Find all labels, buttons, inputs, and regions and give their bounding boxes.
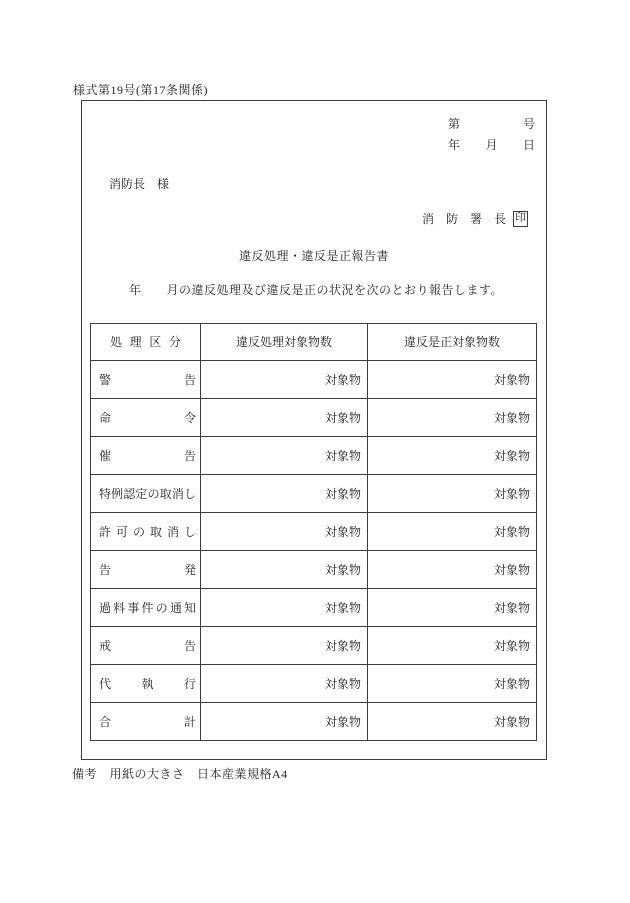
correction-count-cell: 対象物 (368, 475, 537, 513)
category-cell: 告発 (91, 551, 201, 589)
correction-count-cell: 対象物 (368, 551, 537, 589)
processing-count-cell: 対象物 (201, 589, 368, 627)
processing-count-cell: 対象物 (201, 437, 368, 475)
report-statement: 年 月の違反処理及び違反是正の状況を次のとおり報告します。 (129, 283, 503, 297)
date-day-label: 日 (523, 138, 535, 152)
correction-count-cell: 対象物 (368, 627, 537, 665)
table-row: 催告 対象物 対象物 (91, 437, 537, 475)
category-column-header: 処理区分 (91, 324, 201, 361)
processing-count-cell: 対象物 (201, 703, 368, 741)
category-cell: 戒告 (91, 627, 201, 665)
category-cell: 許可の取消し (91, 513, 201, 551)
correction-count-cell: 対象物 (368, 437, 537, 475)
table-row: 警告 対象物 対象物 (91, 361, 537, 399)
processing-count-cell: 対象物 (201, 361, 368, 399)
date-year-label: 年 (448, 138, 460, 152)
document-page: 様式第19号(第17条関係) 第 号 年 月 日 消防長 様 消防署長 印 違反… (0, 0, 630, 903)
table-row-total: 合計 対象物 対象物 (91, 703, 537, 741)
table-row: 代執行 対象物 対象物 (91, 665, 537, 703)
category-cell: 命令 (91, 399, 201, 437)
table-row: 戒告 対象物 対象物 (91, 627, 537, 665)
correction-count-cell: 対象物 (368, 513, 537, 551)
category-cell: 催告 (91, 437, 201, 475)
correction-count-cell: 対象物 (368, 399, 537, 437)
processing-count-cell: 対象物 (201, 513, 368, 551)
processing-count-cell: 対象物 (201, 627, 368, 665)
correction-count-cell: 対象物 (368, 703, 537, 741)
form-style-label: 様式第19号(第17条関係) (73, 83, 208, 97)
processing-count-cell: 対象物 (201, 665, 368, 703)
correction-count-cell: 対象物 (368, 589, 537, 627)
addressee: 消防長 様 (109, 177, 169, 191)
doc-number-prefix: 第 (448, 117, 460, 131)
signer-title: 消防署長 (422, 212, 518, 226)
form-border-box: 第 号 年 月 日 消防長 様 消防署長 印 違反処理・違反是正報告書 年 月の… (81, 100, 547, 760)
correction-count-cell: 対象物 (368, 665, 537, 703)
violation-report-table: 処理区分 違反処理対象物数 違反是正対象物数 警告 対象物 対象物 命令 対象物… (90, 323, 537, 741)
signature-line: 消防署長 印 (422, 210, 528, 227)
table-row: 過料事件の通知 対象物 対象物 (91, 589, 537, 627)
table-row: 命令 対象物 対象物 (91, 399, 537, 437)
remarks-footnote: 備考 用紙の大きさ 日本産業規格A4 (72, 767, 288, 781)
correction-count-cell: 対象物 (368, 361, 537, 399)
table-row: 告発 対象物 対象物 (91, 551, 537, 589)
table-row: 許可の取消し 対象物 対象物 (91, 513, 537, 551)
processing-count-cell: 対象物 (201, 475, 368, 513)
category-cell: 代執行 (91, 665, 201, 703)
category-cell: 合計 (91, 703, 201, 741)
correction-column-header: 違反是正対象物数 (368, 324, 537, 361)
table-row: 特例認定の取消し 対象物 対象物 (91, 475, 537, 513)
processing-count-cell: 対象物 (201, 551, 368, 589)
table-header-row: 処理区分 違反処理対象物数 違反是正対象物数 (91, 324, 537, 361)
seal-stamp-box: 印 (513, 211, 528, 227)
category-cell: 警告 (91, 361, 201, 399)
doc-number-suffix: 号 (523, 117, 535, 131)
category-cell: 過料事件の通知 (91, 589, 201, 627)
processing-count-cell: 対象物 (201, 399, 368, 437)
category-cell: 特例認定の取消し (91, 475, 201, 513)
document-number-line: 第 号 (448, 117, 535, 131)
processing-column-header: 違反処理対象物数 (201, 324, 368, 361)
date-month-label: 月 (485, 138, 497, 152)
document-title: 違反処理・違反是正報告書 (82, 249, 546, 263)
document-date-line: 年 月 日 (448, 138, 535, 152)
